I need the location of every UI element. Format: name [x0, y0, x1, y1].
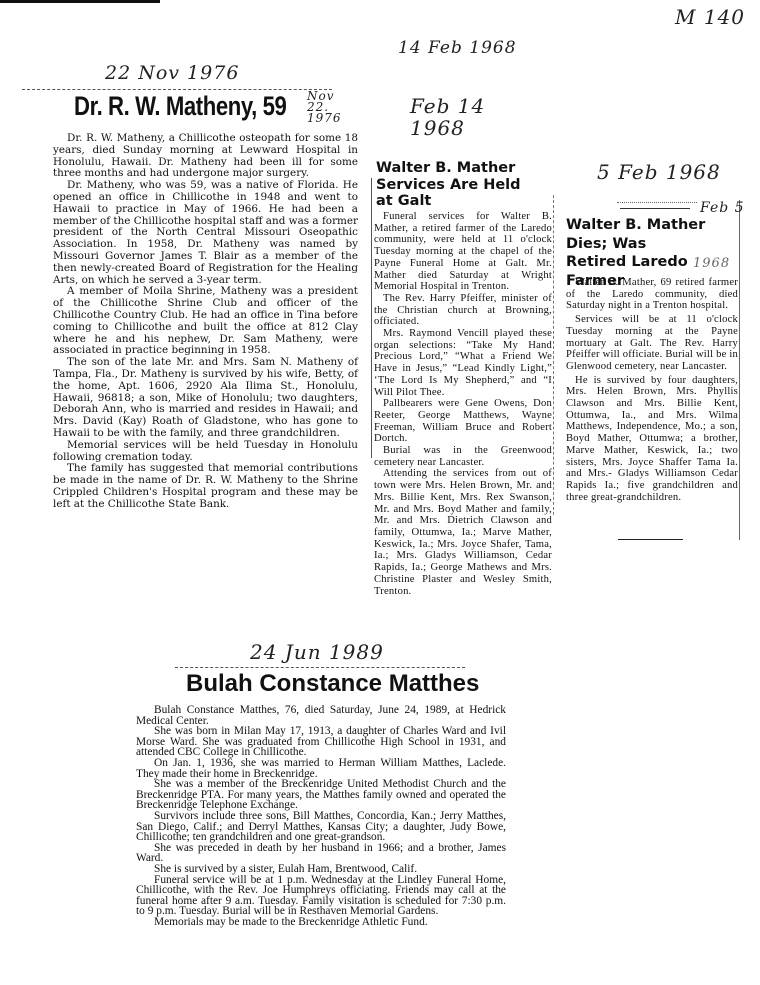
handwritten-date: 24 Jun 1989 — [250, 640, 384, 664]
paragraph: Funeral service will be at 1 p.m. Wednes… — [136, 875, 506, 917]
paragraph: Burial was in the Greenwood cemetery nea… — [374, 445, 552, 468]
paragraph: Dr. Matheny, who was 59, was a native of… — [53, 180, 358, 286]
paragraph: Services will be at 11 o'clock Tuesday m… — [566, 314, 738, 373]
paragraph: She was preceded in death by her husband… — [136, 843, 506, 864]
handwritten-margin-note: Nov 22. 1976 — [307, 91, 337, 124]
paragraph: Memorial services will be held Tuesday i… — [53, 440, 358, 464]
paragraph: Walter B. Mather, 69 retired farmer of t… — [566, 277, 738, 312]
paragraph: She was born in Milan May 17, 1913, a da… — [136, 726, 506, 758]
paragraph: The son of the late Mr. and Mrs. Sam N. … — [53, 357, 358, 440]
paragraph: The family has suggested that memorial c… — [53, 463, 358, 510]
divider — [617, 202, 697, 203]
handwritten-date: 5 Feb 1968 — [597, 160, 721, 184]
paragraph: Survivors include three sons, Bill Matth… — [136, 811, 506, 843]
headline: Walter B. Mather Services Are Held at Ga… — [376, 160, 526, 210]
paragraph: He is survived by four daughters, Mrs. H… — [566, 375, 738, 504]
paragraph: Memorials may be made to the Breckenridg… — [136, 917, 506, 928]
paragraph: On Jan. 1, 1936, she was married to Herm… — [136, 758, 506, 779]
divider — [175, 667, 465, 668]
column-border — [371, 178, 372, 458]
paragraph: She was a member of the Breckenridge Uni… — [136, 779, 506, 811]
paragraph: Mrs. Raymond Vencill played these organ … — [374, 328, 552, 398]
divider — [620, 208, 690, 209]
headline: Bulah Constance Matthes — [186, 670, 479, 698]
article-body: Walter B. Mather, 69 retired farmer of t… — [566, 277, 738, 503]
headline: Dr. R. W. Matheny, 59 — [74, 91, 286, 122]
paragraph: She is survived by a sister, Eulah Ham, … — [136, 864, 506, 875]
divider — [22, 89, 332, 90]
article-body: Funeral services for Walter B. Mather, a… — [374, 211, 552, 597]
handwritten-margin-note: Feb 5 — [700, 200, 745, 216]
article-body: Bulah Constance Matthes, 76, died Saturd… — [136, 705, 506, 927]
handwritten-date-top: 14 Feb 1968 — [398, 38, 517, 58]
paragraph: Dr. R. W. Matheny, a Chillicothe osteopa… — [53, 133, 358, 180]
paragraph: The Rev. Harry Pfeiffer, minister of the… — [374, 293, 552, 328]
column-border — [553, 195, 554, 515]
column-border — [739, 200, 740, 540]
paragraph: Funeral services for Walter B. Mather, a… — [374, 211, 552, 293]
paragraph: Pallbearers were Gene Owens, Don Reeter,… — [374, 398, 552, 445]
paragraph: Attending the services from out of town … — [374, 468, 552, 597]
archive-label: M 140 — [675, 5, 745, 29]
handwritten-date: Feb 14 1968 — [410, 95, 500, 139]
end-rule — [618, 539, 683, 540]
paragraph: Bulah Constance Matthes, 76, died Saturd… — [136, 705, 506, 726]
paragraph: A member of Moila Shrine, Matheny was a … — [53, 286, 358, 357]
handwritten-date: 22 Nov 1976 — [105, 62, 239, 84]
scan-edge-mark — [0, 0, 160, 3]
article-body: Dr. R. W. Matheny, a Chillicothe osteopa… — [53, 133, 358, 511]
